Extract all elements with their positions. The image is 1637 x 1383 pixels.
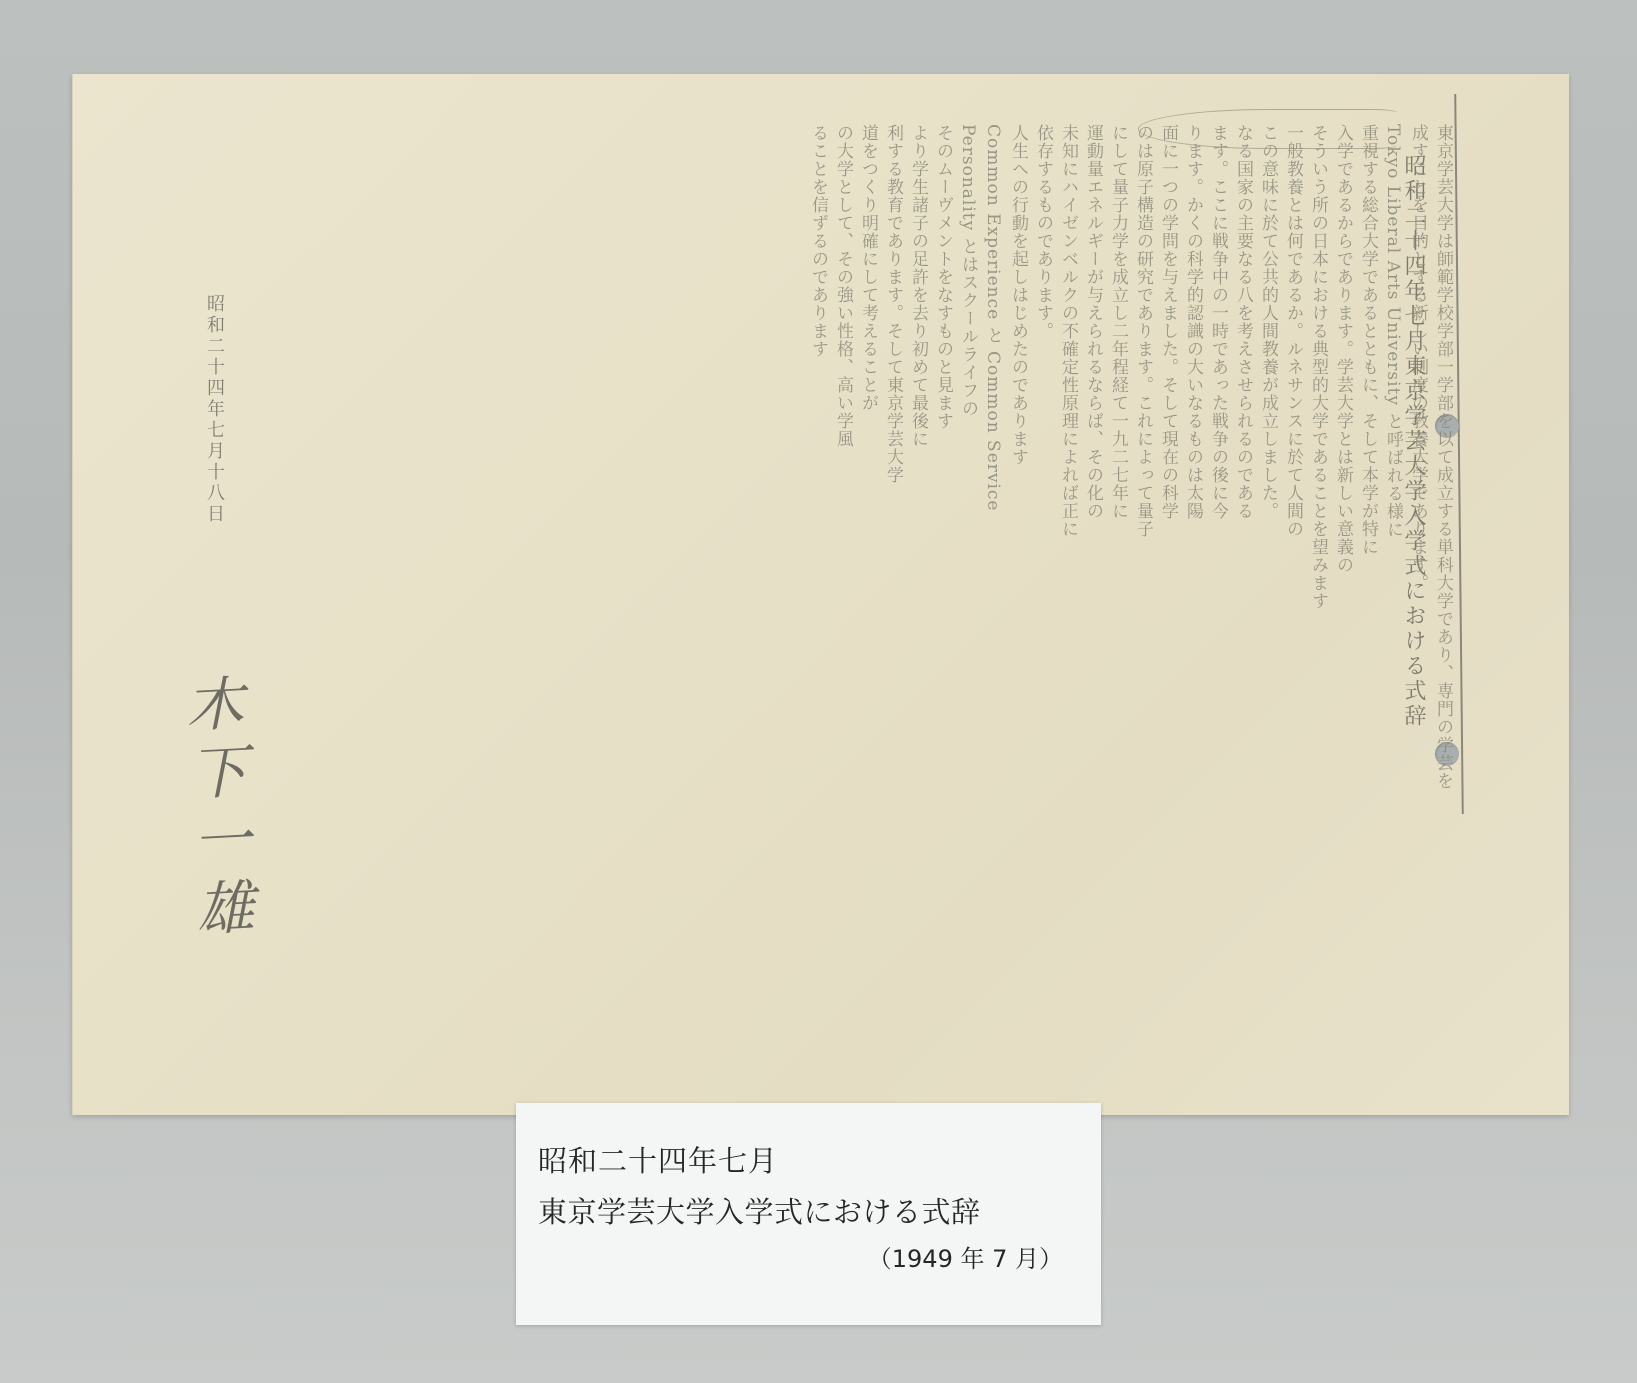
text-column: 重視する総合大学であるとともに、そして本学が特に [1357,124,1378,1024]
text-column: 依存するものであります。 [1032,124,1053,1024]
text-column: 面に一つの学問を与えました。そして現在の科学 [1157,124,1178,1024]
text-column: 道をつくり明確にして考えることが [857,124,878,1024]
text-column: 東京学芸大学は師範学校学部一学部を以て成立する単科大学であり、専門の学芸を [1432,124,1453,1024]
text-column: 運動量エネルギーが与えられるならば、その化の [1082,124,1103,1024]
text-column: 成すことを目的とする新しい制度の教養大学であります。 [1407,124,1428,1024]
text-column: なる国家の主要なる八を考えさせられるのである [1232,124,1253,1024]
text-column: より学生諸子の足許を去り初めて最後に [907,124,928,1024]
text-column: Common Experience と Common Service [982,124,1003,1024]
text-column: ます。ここに戦争中の一時であった戦争の後に今 [1207,124,1228,1024]
handwritten-document: 昭和二十四年七月東京学芸大学入学式における式辞 東京学芸大学は師範学校学部一学部… [72,74,1569,1115]
text-column: ることを信ずるのであります [807,124,828,1024]
caption-title: 東京学芸大学入学式における式辞 [538,1190,1101,1231]
text-column: にして量子力学を成立し二年程経て一九二七年に [1107,124,1128,1024]
text-column: 一般教養とは何であるか。ルネサンスに於て人間の [1282,124,1303,1024]
text-column: この意味に於て公共的人間教養が成立しました。 [1257,124,1278,1024]
display-case-photo: 昭和二十四年七月東京学芸大学入学式における式辞 東京学芸大学は師範学校学部一学部… [0,0,1637,1383]
author-signature: 木下一雄 [166,672,264,948]
caption-date: 昭和二十四年七月 [538,1139,1101,1180]
text-column: 未知にハイゼンベルクの不確定性原理によれば正に [1057,124,1078,1024]
exhibit-caption-card: 昭和二十四年七月 東京学芸大学入学式における式辞 （1949 年 7 月） [516,1103,1101,1325]
text-column: のは原子構造の研究であります。これによって量子 [1132,124,1153,1024]
text-column: ります。かくの科学的認識の大いなるものは太陽 [1182,124,1203,1024]
text-column: Personality とはスクールライフの [957,124,978,1024]
text-column: 人生への行動を起しはじめたのであります [1007,124,1028,1024]
text-column: そのムーヴメントをなすものと見ます [932,124,953,1024]
document-body: 東京学芸大学は師範学校学部一学部を以て成立する単科大学であり、専門の学芸を 成す… [193,124,1453,1024]
text-column: 入学であるからであります。学芸大学とは新しい意義の [1332,124,1353,1024]
text-column: の大学として、その強い性格、高い学風 [832,124,853,1024]
binding-margin-line [1454,94,1464,814]
caption-year: （1949 年 7 月） [538,1239,1101,1274]
text-column: Tokyo Liberal Arts University と呼ばれる様に [1382,124,1403,1024]
text-column: そういう所の日本における典型的大学であることを望みます [1307,124,1328,1024]
text-column: 利する教育であります。そして東京学芸大学 [882,124,903,1024]
document-date: 昭和二十四年七月十八日 [201,294,227,525]
